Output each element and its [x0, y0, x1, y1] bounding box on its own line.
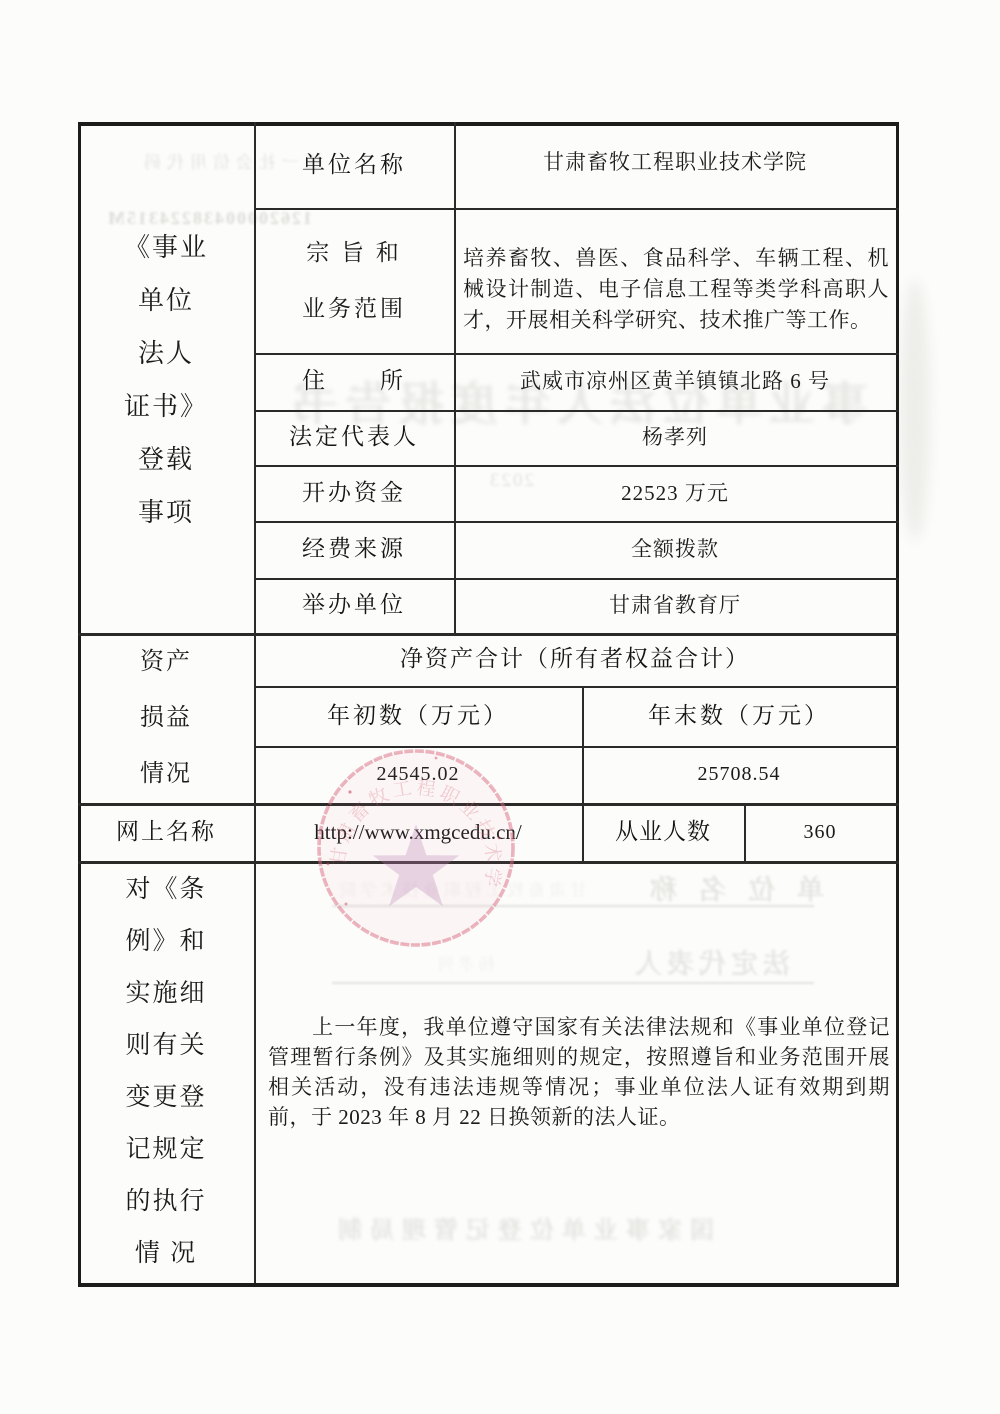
certificate-section-label-line: 《事业: [124, 221, 208, 274]
start-of-year-value: 24545.02: [254, 746, 582, 803]
compliance-section-label-line: 记规定: [125, 1124, 206, 1176]
web-name-url: http://www.xmgcedu.cn/: [254, 803, 582, 861]
certificate-section-label-line: 事项: [138, 486, 194, 539]
mission-scope-label: 宗 旨 和 业务范围: [254, 208, 454, 353]
bleedthrough-rule: [332, 905, 814, 907]
mission-scope-label-line2: 业务范围: [302, 281, 406, 337]
assets-section-label-line: 损益: [140, 690, 192, 746]
certificate-section-label-line: 登载: [138, 433, 194, 486]
certificate-section-label: 《事业 单位 法人 证书》 登载 事项: [78, 170, 254, 590]
unit-name-value: 甘肃畜牧工程职业技术学院: [454, 122, 896, 202]
funding-source-value: 全额拨款: [454, 521, 896, 578]
address-label: 住 所: [254, 353, 454, 410]
compliance-section-label-line: 变更登: [125, 1072, 206, 1124]
assets-section-label: 资产 损益 情况: [78, 633, 254, 803]
address-value: 武威市凉州区黄羊镇镇北路 6 号: [454, 353, 896, 410]
bleedthrough-footer: 国家事业单位登记管理局制: [330, 1210, 714, 1245]
net-assets-header: 净资产合计（所有者权益合计）: [254, 633, 896, 686]
compliance-section-label-line: 情 况: [135, 1228, 197, 1280]
funding-source-label: 经费来源: [254, 521, 454, 578]
certificate-section-label-line: 法人: [138, 327, 194, 380]
mission-scope-label-line1: 宗 旨 和: [306, 225, 402, 281]
bleedthrough-unit-name-label: 单位名称: [628, 868, 824, 907]
opening-capital-label: 开办资金: [254, 465, 454, 521]
compliance-section-label-line: 则有关: [125, 1020, 206, 1072]
bleedthrough-rule: [332, 982, 814, 984]
web-name-label: 网上名称: [78, 803, 254, 861]
bleedthrough-unit-name-value: 甘肃畜牧工程职业技术学院: [335, 876, 587, 901]
opening-capital-value: 22523 万元: [454, 465, 896, 521]
end-of-year-header: 年末数（万元）: [582, 686, 896, 746]
start-of-year-header: 年初数（万元）: [254, 686, 582, 746]
certificate-section-label-line: 单位: [138, 274, 194, 327]
mission-scope-value: 培养畜牧、兽医、食品科学、车辆工程、机械设计制造、电子信息工程等类学科高职人才，…: [463, 243, 889, 336]
bleedthrough-legal-rep-label: 法定代表人: [630, 942, 790, 981]
compliance-section-label-line: 的执行: [125, 1176, 206, 1228]
end-of-year-value: 25708.54: [582, 746, 896, 803]
staff-count-label: 从业人数: [582, 803, 744, 861]
compliance-section-label-line: 实施细: [125, 968, 206, 1020]
compliance-statement: 上一年度，我单位遵守国家有关法律法规和《事业单位登记管理暂行条例》及其实施细则的…: [268, 1012, 890, 1132]
scan-smudge: [900, 280, 930, 540]
table-border-right: [896, 122, 899, 1287]
assets-section-label-line: 资产: [140, 634, 192, 690]
scanned-report-page: 统一社会信用代码 12620000438224315M 事业单位法人年度报告书 …: [0, 0, 1000, 1414]
compliance-section-label-line: 对《条: [125, 864, 206, 916]
sponsor-unit-label: 举办单位: [254, 578, 454, 633]
sponsor-unit-value: 甘肃省教育厅: [454, 578, 896, 633]
legal-representative-value: 杨孝列: [454, 410, 896, 465]
table-border-bottom: [78, 1283, 899, 1287]
assets-section-label-line: 情况: [140, 746, 192, 802]
compliance-section-label: 对《条 例》和 实施细 则有关 变更登 记规定 的执行 情 况: [78, 861, 254, 1283]
certificate-section-label-line: 证书》: [124, 380, 208, 433]
legal-representative-label: 法定代表人: [254, 410, 454, 465]
staff-count-value: 360: [744, 803, 896, 861]
compliance-section-label-line: 例》和: [125, 916, 206, 968]
unit-name-label: 单位名称: [254, 122, 454, 208]
bleedthrough-legal-rep-value: 杨孝列: [435, 950, 495, 975]
